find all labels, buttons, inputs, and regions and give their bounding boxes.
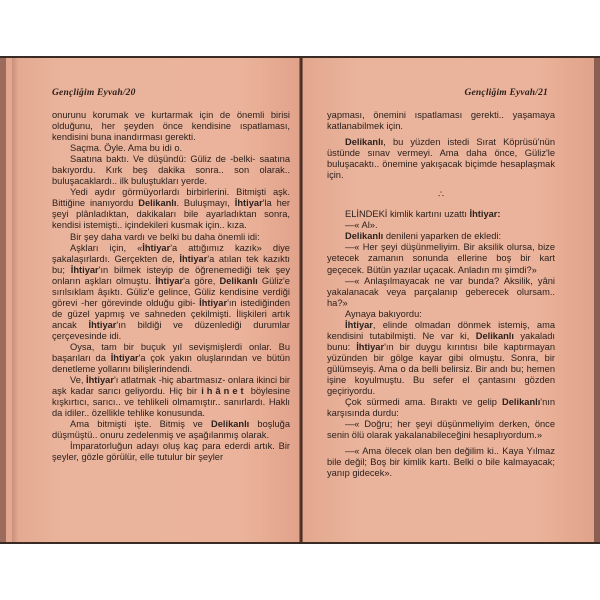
text-run: Saatına baktı. Ve düşündü: Güliz de -bel…: [52, 154, 290, 186]
paragraph: İmparatorluğun adayı oluş kaç para ederd…: [52, 441, 290, 463]
paragraph: Bir şey daha vardı ve belki bu daha önem…: [52, 232, 290, 243]
character-name: Delikanlı: [220, 276, 258, 286]
text-run: 'a göre,: [183, 276, 219, 286]
book-spread: Gençliğim Eyvah/20 onurunu korumak ve ku…: [0, 56, 600, 544]
paragraph: ELİNDEKİ kimlik kartını uzattı İhtiyar:: [327, 209, 555, 220]
left-page: Gençliğim Eyvah/20 onurunu korumak ve ku…: [0, 58, 300, 542]
paragraph: Aynaya bakıyordu:: [327, 309, 555, 320]
text-run: denileni yaparken de ekledi:: [383, 231, 501, 241]
emphasized-word: ihânet: [201, 386, 246, 396]
text-run: Ama bitmişti işte. Bitmiş ve: [70, 419, 211, 429]
paragraph: İhtiyar, elinde olmadan dönmek istemiş, …: [327, 320, 555, 397]
character-name: Delikanlı: [476, 331, 514, 341]
paragraph: Yedi aydır görmüyorlardı birbirlerini. B…: [52, 187, 290, 231]
paragraph: —« Anlaşılmayacak ne var bunda? Aksilik,…: [327, 276, 555, 309]
running-head-right: Gençliğim Eyvah/21: [464, 88, 548, 98]
text-run: —« Ama ölecek olan ben değilim ki.. Kaya…: [327, 446, 555, 478]
text-run: onurunu korumak ve kurtarmak için de öne…: [52, 110, 290, 142]
character-name: İhtiyar: [71, 265, 99, 275]
paragraph: Saçma. Öyle. Ama bu idi o.: [52, 143, 290, 154]
paragraph: —« Al».: [327, 220, 555, 231]
character-name: İhtiyar: [235, 198, 263, 208]
paragraph: Delikanlı denileni yaparken de ekledi:: [327, 231, 555, 242]
character-name: İhtiyar: [199, 298, 227, 308]
running-head-left: Gençliğim Eyvah/20: [52, 88, 136, 98]
text-run: Aynaya bakıyordu:: [345, 309, 422, 319]
right-page-text: yapması, önemini ıspatlaması gerekti.. y…: [327, 110, 555, 479]
paragraph: Saatına baktı. Ve düşündü: Güliz de -bel…: [52, 154, 290, 187]
character-name: Delikanlı: [502, 397, 540, 407]
paragraph: Oysa, tam bir buçuk yıl sevişmişlerdi on…: [52, 342, 290, 375]
text-run: Ve,: [70, 375, 86, 385]
text-run: —« Doğru; her şeyi düşünmeliyim derken, …: [327, 419, 555, 440]
character-name: Delikanlı: [138, 198, 176, 208]
text-run: Çok sürmedi ama. Bıraktı ve gelip: [345, 397, 502, 407]
character-name: İhtiyar: [356, 342, 384, 352]
character-name: İhtiyar: [345, 320, 373, 330]
paragraph: onurunu korumak ve kurtarmak için de öne…: [52, 110, 290, 143]
text-run: Bir şey daha vardı ve belki bu daha önem…: [70, 232, 260, 242]
text-run: ELİNDEKİ kimlik kartını uzattı: [345, 209, 470, 219]
paragraph: Ve, İhtiyar'ı atlatmak -hiç abartmasız- …: [52, 375, 290, 419]
paragraph: —« Ama ölecek olan ben değilim ki.. Kaya…: [327, 446, 555, 479]
text-run: Saçma. Öyle. Ama bu idi o.: [70, 143, 182, 153]
paragraph: —« Her şeyi düşünmeliyim. Bir aksilik ol…: [327, 242, 555, 275]
character-name: İhtiyar:: [470, 209, 501, 219]
page-edge: [12, 58, 18, 542]
paragraph: Delikanlı, bu yüzden istedi Sırat Köprüs…: [327, 137, 555, 181]
character-name: İhtiyar: [155, 276, 183, 286]
section-break-asterism: ∴: [327, 189, 555, 199]
left-page-text: onurunu korumak ve kurtarmak için de öne…: [52, 110, 290, 464]
text-run: yapması, önemini ıspatlaması gerekti.. y…: [327, 110, 555, 131]
paragraph: Aşkları için, «İhtiyar'a attığımız kazık…: [52, 243, 290, 342]
paragraph: —« Doğru; her şeyi düşünmeliyim derken, …: [327, 419, 555, 441]
character-name: İhtiyar: [89, 320, 117, 330]
right-page: Gençliğim Eyvah/21 yapması, önemini ıspa…: [303, 58, 600, 542]
text-run: Aşkları için, «: [70, 243, 142, 253]
character-name: Delikanlı: [345, 137, 383, 147]
character-name: İhtiyar: [111, 353, 139, 363]
character-name: İhtiyar: [179, 254, 207, 264]
text-run: . Buluşmayı,: [176, 198, 234, 208]
text-run: —« Al».: [345, 220, 378, 230]
text-run: —« Her şeyi düşünmeliyim. Bir aksilik ol…: [327, 242, 555, 274]
character-name: Delikanlı: [345, 231, 383, 241]
text-run: İmparatorluğun adayı oluş kaç para ederd…: [52, 441, 290, 462]
paragraph: Ama bitmişti işte. Bitmiş ve Delikanlı b…: [52, 419, 290, 441]
character-name: İhtiyar: [142, 243, 170, 253]
paragraph: yapması, önemini ıspatlaması gerekti.. y…: [327, 110, 555, 132]
text-run: —« Anlaşılmayacak ne var bunda? Aksilik,…: [327, 276, 555, 308]
paragraph: Çok sürmedi ama. Bıraktı ve gelip Delika…: [327, 397, 555, 419]
character-name: İhtiyar: [86, 375, 114, 385]
character-name: Delikanlı: [211, 419, 249, 429]
